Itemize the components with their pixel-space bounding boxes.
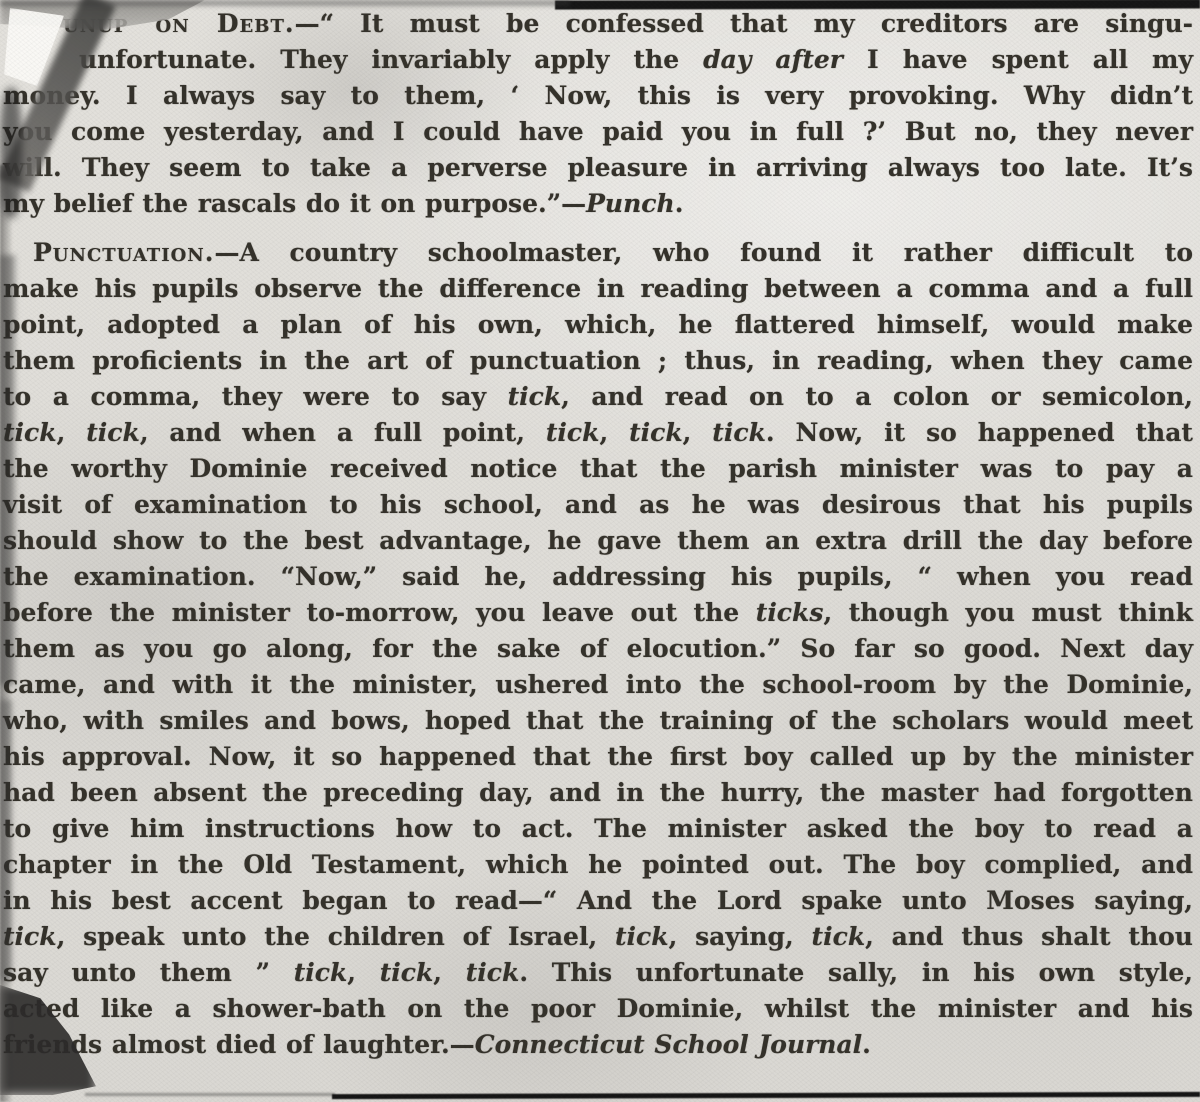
- body-text: will. They seem to take a perverse pleas…: [3, 153, 1193, 182]
- body-text: , and read on to a colon or semicolon,: [561, 382, 1193, 411]
- text-line: them proficients in the art of punctuati…: [3, 343, 1193, 379]
- body-text: should show to the best advantage, he ga…: [3, 526, 1193, 555]
- italic-text: Punch: [586, 189, 675, 218]
- body-text: —“ It must be confessed that my creditor…: [295, 9, 1193, 38]
- italic-text: tick: [615, 922, 669, 951]
- smallcaps-heading: Punctuation.: [33, 238, 214, 267]
- paragraph-punctuation: Punctuation.—A country schoolmaster, who…: [3, 235, 1193, 1063]
- body-text: his approval. Now, it so happened that t…: [3, 742, 1193, 771]
- body-text: say unto them ”: [3, 958, 294, 987]
- text-line: his approval. Now, it so happened that t…: [3, 739, 1193, 775]
- italic-text: tick: [380, 958, 434, 987]
- text-line: unup on Debt.—“ It must be confessed tha…: [3, 6, 1193, 42]
- text-line: my belief the rascals do it on purpose.”…: [3, 186, 1193, 222]
- bottom-rule-faint-line: [85, 1093, 335, 1096]
- body-text: to give him instructions how to act. The…: [3, 814, 1193, 843]
- text-line: friends almost died of laughter.—Connect…: [3, 1027, 1193, 1063]
- italic-text: tick: [466, 958, 520, 987]
- italic-text: tick: [712, 418, 766, 447]
- body-text: , speak unto the children of Israel,: [57, 922, 615, 951]
- body-text: friends almost died of laughter.—: [3, 1030, 475, 1059]
- italic-text: day after: [703, 45, 843, 74]
- text-line: Punctuation.—A country schoolmaster, who…: [3, 235, 1193, 271]
- body-text: . This unfortunate sally, in his own sty…: [519, 958, 1193, 987]
- scanned-page: unup on Debt.—“ It must be confessed tha…: [0, 0, 1200, 1102]
- body-text: before the minister to-morrow, you leave…: [3, 598, 756, 627]
- text-line: to give him instructions how to act. The…: [3, 811, 1193, 847]
- body-text: unfortunate. They invariably apply the: [79, 45, 703, 74]
- body-text: my belief the rascals do it on purpose.”…: [3, 189, 586, 218]
- body-text: ,: [57, 418, 87, 447]
- body-text: in his best accent began to read—“ And t…: [3, 886, 1193, 915]
- page-text: unup on Debt.—“ It must be confessed tha…: [3, 6, 1193, 1063]
- body-text: ,: [599, 418, 629, 447]
- text-line: visit of examination to his school, and …: [3, 487, 1193, 523]
- italic-text: tick: [294, 958, 348, 987]
- body-text: who, with smiles and bows, hoped that th…: [3, 706, 1193, 735]
- body-text: visit of examination to his school, and …: [3, 490, 1193, 519]
- italic-text: tick: [812, 922, 866, 951]
- text-line: had been absent the preceding day, and i…: [3, 775, 1193, 811]
- text-line: acted like a shower-bath on the poor Dom…: [3, 991, 1193, 1027]
- body-text: , saying,: [669, 922, 812, 951]
- text-line: who, with smiles and bows, hoped that th…: [3, 703, 1193, 739]
- text-line: say unto them ” tick, tick, tick. This u…: [3, 955, 1193, 991]
- body-text: them proficients in the art of punctuati…: [3, 346, 1193, 375]
- text-line: chapter in the Old Testament, which he p…: [3, 847, 1193, 883]
- body-text: chapter in the Old Testament, which he p…: [3, 850, 1193, 879]
- body-text: ,: [433, 958, 465, 987]
- body-text: the worthy Dominie received notice that …: [3, 454, 1193, 483]
- body-text: to a comma, they were to say: [3, 382, 508, 411]
- body-text: came, and with it the minister, ushered …: [3, 670, 1193, 699]
- body-text: I have spent all my: [843, 45, 1193, 74]
- text-line: them as you go along, for the sake of el…: [3, 631, 1193, 667]
- italic-text: tick: [508, 382, 562, 411]
- italic-text: tick: [3, 922, 57, 951]
- paragraph-dunup-on-debt: unup on Debt.—“ It must be confessed tha…: [3, 6, 1193, 222]
- text-line: you come yesterday, and I could have pai…: [3, 114, 1193, 150]
- body-text: .: [675, 189, 684, 218]
- body-text: the examination. “Now,” said he, address…: [3, 562, 1193, 591]
- text-line: the examination. “Now,” said he, address…: [3, 559, 1193, 595]
- italic-text: ticks: [756, 598, 824, 627]
- text-line: should show to the best advantage, he ga…: [3, 523, 1193, 559]
- italic-text: tick: [3, 418, 57, 447]
- text-line: the worthy Dominie received notice that …: [3, 451, 1193, 487]
- body-text: you come yesterday, and I could have pai…: [3, 117, 1193, 146]
- body-text: point, adopted a plan of his own, which,…: [3, 310, 1193, 339]
- body-text: , though you must think: [823, 598, 1193, 627]
- body-text: make his pupils observe the difference i…: [3, 274, 1193, 303]
- body-text: ,: [683, 418, 713, 447]
- body-text: , and thus shalt thou: [865, 922, 1193, 951]
- text-line: will. They seem to take a perverse pleas…: [3, 150, 1193, 186]
- italic-text: tick: [629, 418, 683, 447]
- text-line: money. I always say to them, ‘ Now, this…: [3, 78, 1193, 114]
- body-text: .: [862, 1030, 871, 1059]
- text-line: make his pupils observe the difference i…: [3, 271, 1193, 307]
- body-text: acted like a shower-bath on the poor Dom…: [3, 994, 1193, 1023]
- italic-text: tick: [546, 418, 600, 447]
- body-text: them as you go along, for the sake of el…: [3, 634, 1193, 663]
- bottom-rule-line: [332, 1092, 1200, 1099]
- text-line: unfortunate. They invariably apply the d…: [3, 42, 1193, 78]
- body-text: ,: [347, 958, 379, 987]
- italic-text: tick: [86, 418, 140, 447]
- body-text: , and when a full point,: [140, 418, 546, 447]
- text-line: came, and with it the minister, ushered …: [3, 667, 1193, 703]
- body-text: —A country schoolmaster, who found it ra…: [214, 238, 1193, 267]
- body-text: had been absent the preceding day, and i…: [3, 778, 1193, 807]
- italic-text: Connecticut School Journal: [475, 1030, 862, 1059]
- text-line: tick, tick, and when a full point, tick,…: [3, 415, 1193, 451]
- text-line: point, adopted a plan of his own, which,…: [3, 307, 1193, 343]
- text-line: in his best accent began to read—“ And t…: [3, 883, 1193, 919]
- body-text: . Now, it so happened that: [766, 418, 1193, 447]
- text-line: to a comma, they were to say tick, and r…: [3, 379, 1193, 415]
- body-text: money. I always say to them, ‘ Now, this…: [3, 81, 1193, 110]
- text-line: tick, speak unto the children of Israel,…: [3, 919, 1193, 955]
- text-line: before the minister to-morrow, you leave…: [3, 595, 1193, 631]
- smallcaps-heading: unup on Debt.: [63, 9, 295, 38]
